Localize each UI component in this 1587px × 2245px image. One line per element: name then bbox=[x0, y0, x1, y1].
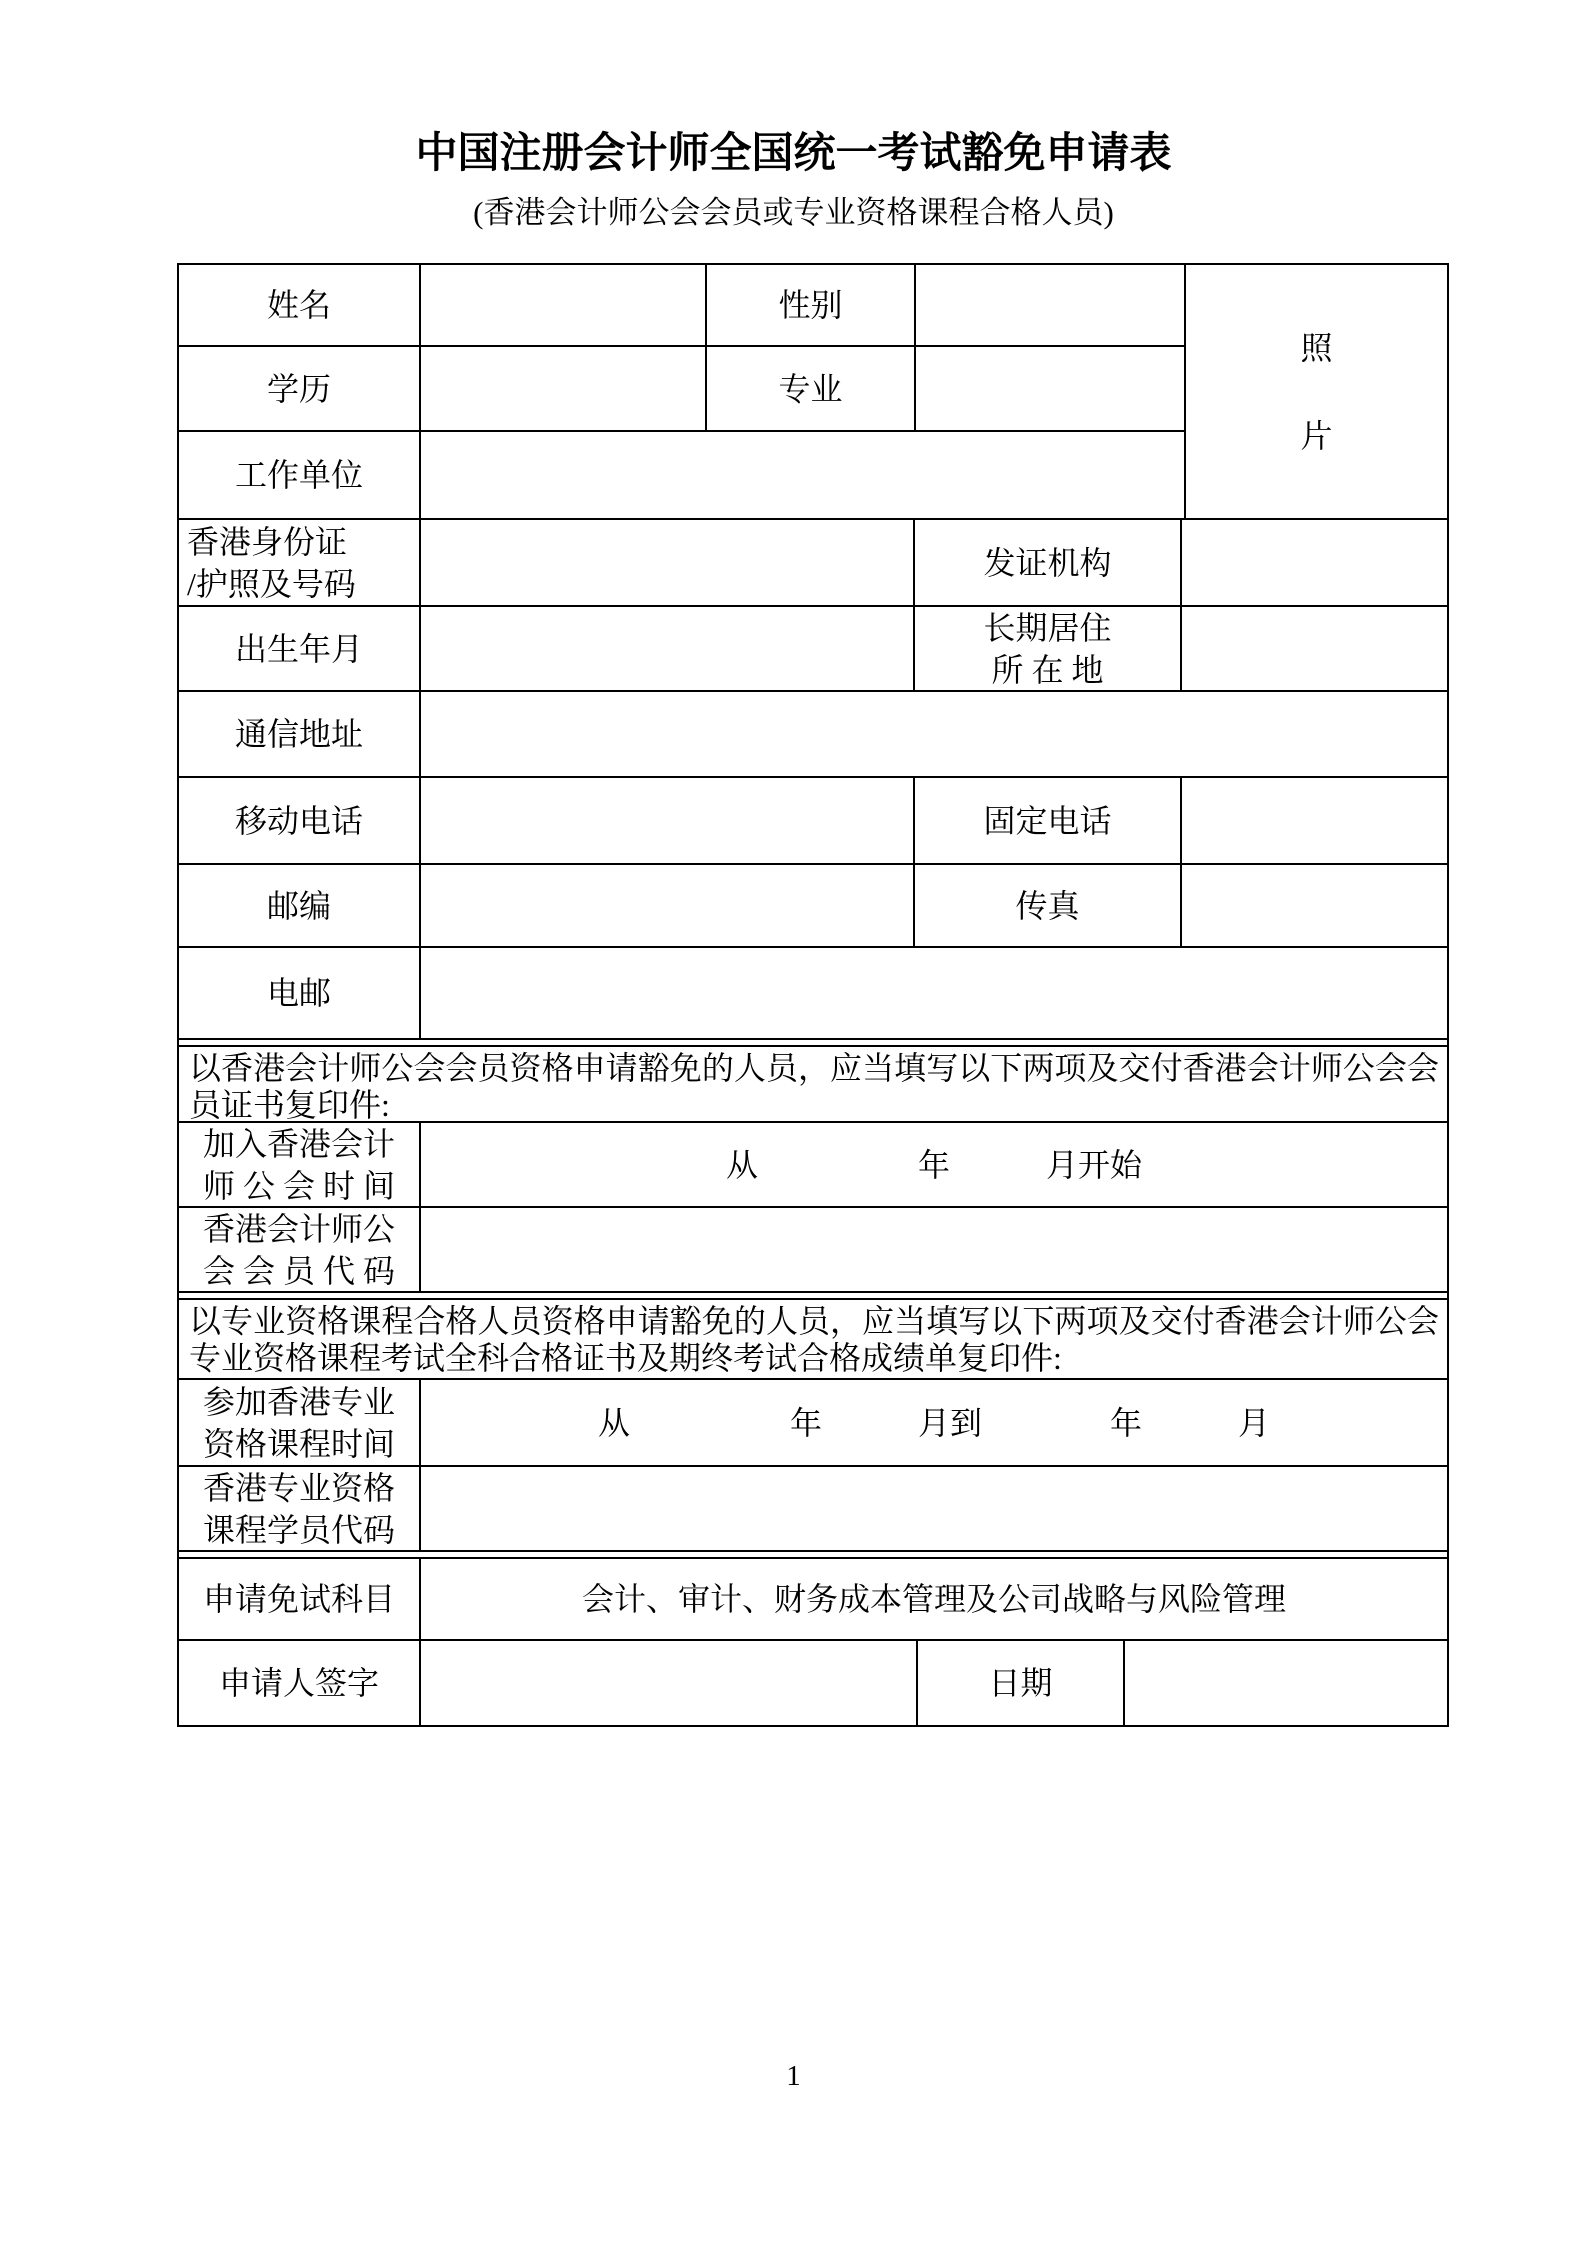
page-title: 中国注册会计师全国统一考试豁免申请表 bbox=[0, 128, 1587, 180]
qp-section-note: 以专业资格课程合格人员资格申请豁免的人员，应当填写以下两项及交付香港会计师公会专… bbox=[179, 1300, 1447, 1378]
fax-label: 传真 bbox=[915, 865, 1182, 946]
join-time-row: 加入香港会计 师 公 会 时 间 从 年 月开始 bbox=[179, 1121, 1447, 1206]
name-value-cell[interactable] bbox=[421, 265, 707, 345]
email-label: 电邮 bbox=[179, 948, 421, 1038]
member-note-row: 以香港会计师公会会员资格申请豁免的人员，应当填写以下两项及交付香港会计师公会会员… bbox=[179, 1047, 1447, 1121]
postcode-label: 邮编 bbox=[179, 865, 421, 946]
member-section-note: 以香港会计师公会会员资格申请豁免的人员，应当填写以下两项及交付香港会计师公会会员… bbox=[179, 1047, 1447, 1121]
hk-id-row: 香港身份证 /护照及号码 发证机构 bbox=[179, 518, 1447, 605]
mobile-value-cell[interactable] bbox=[421, 778, 915, 863]
section-separator bbox=[179, 1291, 1447, 1300]
subjects-label: 申请免试科目 bbox=[179, 1559, 421, 1639]
birth-label: 出生年月 bbox=[179, 607, 421, 690]
subjects-row: 申请免试科目 会计、审计、财务成本管理及公司战略与风险管理 bbox=[179, 1559, 1447, 1639]
hk-id-label: 香港身份证 /护照及号码 bbox=[179, 520, 421, 605]
student-code-row: 香港专业资格 课程学员代码 bbox=[179, 1465, 1447, 1550]
name-row: 姓名 性别 bbox=[179, 265, 1184, 345]
join-time-label: 加入香港会计 师 公 会 时 间 bbox=[179, 1123, 421, 1206]
signature-value-cell[interactable] bbox=[421, 1641, 918, 1725]
section-separator bbox=[179, 1038, 1447, 1047]
address-label: 通信地址 bbox=[179, 692, 421, 776]
postcode-value-cell[interactable] bbox=[421, 865, 915, 946]
address-value-cell[interactable] bbox=[421, 692, 1447, 776]
mobile-label: 移动电话 bbox=[179, 778, 421, 863]
education-label: 学历 bbox=[179, 347, 421, 430]
education-value-cell[interactable] bbox=[421, 347, 707, 430]
education-row: 学历 专业 bbox=[179, 345, 1184, 430]
fax-value-cell[interactable] bbox=[1182, 865, 1447, 946]
basic-info-rows: 姓名 性别 学历 专业 工作单位 bbox=[179, 265, 1184, 518]
landline-label: 固定电话 bbox=[915, 778, 1182, 863]
mobile-row: 移动电话 固定电话 bbox=[179, 776, 1447, 863]
subjects-value-cell: 会计、审计、财务成本管理及公司战略与风险管理 bbox=[421, 1559, 1447, 1639]
member-code-label: 香港会计师公 会 会 员 代 码 bbox=[179, 1208, 421, 1291]
page-number: 1 bbox=[0, 2060, 1587, 2093]
employer-row: 工作单位 bbox=[179, 430, 1184, 518]
member-code-row: 香港会计师公 会 会 员 代 码 bbox=[179, 1206, 1447, 1291]
email-value-cell[interactable] bbox=[421, 948, 1447, 1038]
issuer-value-cell[interactable] bbox=[1182, 520, 1447, 605]
student-code-value-cell[interactable] bbox=[421, 1467, 1447, 1550]
photo-placeholder: 照 片 bbox=[1184, 265, 1447, 518]
major-value-cell[interactable] bbox=[916, 347, 1184, 430]
date-label: 日期 bbox=[918, 1641, 1125, 1725]
signature-row: 申请人签字 日期 bbox=[179, 1639, 1447, 1725]
course-time-label: 参加香港专业 资格课程时间 bbox=[179, 1380, 421, 1465]
section-separator bbox=[179, 1550, 1447, 1559]
birth-row: 出生年月 长期居住 所 在 地 bbox=[179, 605, 1447, 690]
application-form-table: 姓名 性别 学历 专业 工作单位 照 片 香港身份证 /护照及号码 发证机构 出… bbox=[177, 263, 1449, 1727]
employer-label: 工作单位 bbox=[179, 432, 421, 518]
course-time-row: 参加香港专业 资格课程时间 从 年 月到 年 月 bbox=[179, 1378, 1447, 1465]
basic-info-photo-section: 姓名 性别 学历 专业 工作单位 照 片 bbox=[179, 265, 1447, 518]
email-row: 电邮 bbox=[179, 946, 1447, 1038]
residence-label: 长期居住 所 在 地 bbox=[915, 607, 1182, 690]
address-row: 通信地址 bbox=[179, 690, 1447, 776]
signature-label: 申请人签字 bbox=[179, 1641, 421, 1725]
employer-value-cell[interactable] bbox=[421, 432, 1184, 518]
birth-value-cell[interactable] bbox=[421, 607, 915, 690]
member-code-value-cell[interactable] bbox=[421, 1208, 1447, 1291]
major-label: 专业 bbox=[707, 347, 916, 430]
name-label: 姓名 bbox=[179, 265, 421, 345]
landline-value-cell[interactable] bbox=[1182, 778, 1447, 863]
qp-note-row: 以专业资格课程合格人员资格申请豁免的人员，应当填写以下两项及交付香港会计师公会专… bbox=[179, 1300, 1447, 1378]
gender-value-cell[interactable] bbox=[916, 265, 1184, 345]
postcode-row: 邮编 传真 bbox=[179, 863, 1447, 946]
join-time-value-cell[interactable]: 从 年 月开始 bbox=[421, 1123, 1447, 1206]
residence-value-cell[interactable] bbox=[1182, 607, 1447, 690]
gender-label: 性别 bbox=[707, 265, 916, 345]
issuer-label: 发证机构 bbox=[915, 520, 1182, 605]
student-code-label: 香港专业资格 课程学员代码 bbox=[179, 1467, 421, 1550]
date-value-cell[interactable] bbox=[1125, 1641, 1447, 1725]
page-subtitle: (香港会计师公会会员或专业资格课程合格人员) bbox=[0, 192, 1587, 234]
hk-id-value-cell[interactable] bbox=[421, 520, 915, 605]
course-time-value-cell[interactable]: 从 年 月到 年 月 bbox=[421, 1380, 1447, 1465]
